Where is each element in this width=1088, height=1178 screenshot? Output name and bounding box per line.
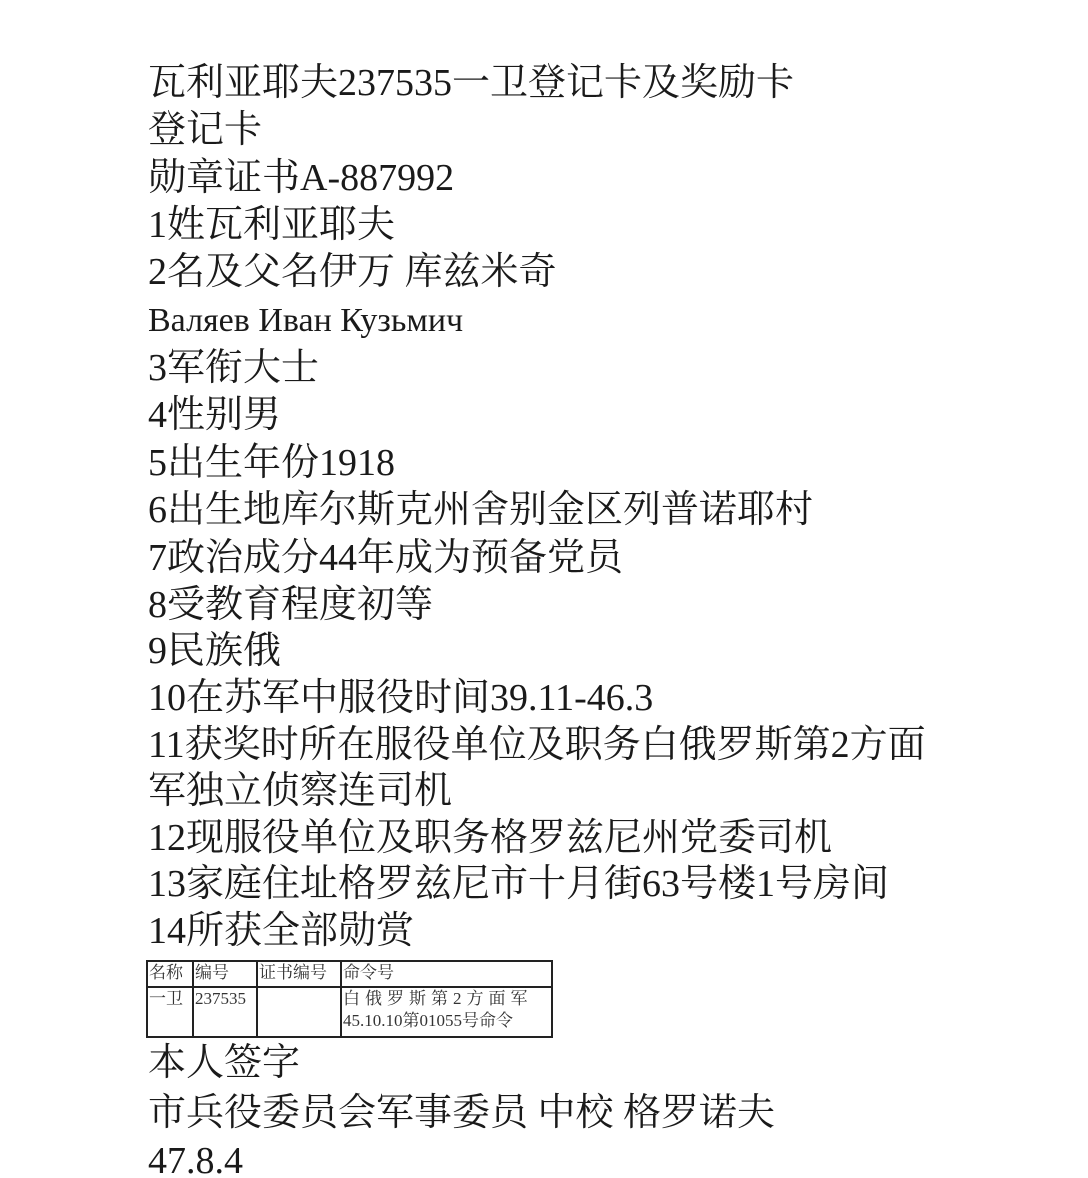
cell-order: 白俄罗斯第2方面军 45.10.10第01055号命令 [341, 987, 552, 1037]
field-service-period: 10在苏军中服役时间39.11-46.3 [148, 675, 653, 721]
awards-table: 名称 编号 证书编号 命令号 一卫 237535 白俄罗斯第2方面军 45.10… [146, 960, 553, 1038]
field-sex: 4性别男 [148, 392, 281, 438]
field-name-patronymic: 2名及父名伊万 库兹米奇 [148, 249, 557, 295]
field-party: 7政治成分44年成为预备党员 [148, 535, 623, 581]
field-birthplace: 6出生地库尔斯克州舍别金区列普诺耶村 [148, 487, 813, 533]
field-birth-year: 5出生年份1918 [148, 440, 395, 486]
cell-name: 一卫 [147, 987, 193, 1037]
field-awards-label: 14所获全部勋赏 [148, 908, 414, 954]
cell-number: 237535 [193, 987, 257, 1037]
field-current-unit: 12现服役单位及职务格罗兹尼州党委司机 [148, 815, 832, 861]
date-line: 47.8.4 [148, 1138, 243, 1178]
field-education: 8受教育程度初等 [148, 582, 433, 628]
order-line-2: 45.10.10第01055号命令 [343, 1010, 550, 1032]
order-line-1: 白俄罗斯第2方面军 [343, 988, 550, 1010]
certificate-number: 勋章证书A-887992 [148, 155, 454, 201]
table-row: 一卫 237535 白俄罗斯第2方面军 45.10.10第01055号命令 [147, 987, 552, 1037]
cell-certificate-number [257, 987, 341, 1037]
header-number: 编号 [193, 961, 257, 987]
document-title: 瓦利亚耶夫237535一卫登记卡及奖励卡 [148, 60, 794, 106]
field-name-russian: Валяев Иван Кузьмич [148, 298, 463, 344]
document-subtitle: 登记卡 [148, 107, 262, 153]
field-unit-at-award: 11获奖时所在服役单位及职务白俄罗斯第2方面 [148, 722, 926, 768]
field-ethnicity: 9民族俄 [148, 628, 281, 674]
awards-table-header: 名称 编号 证书编号 命令号 [147, 961, 552, 987]
field-rank: 3军衔大士 [148, 345, 319, 391]
field-surname: 1姓瓦利亚耶夫 [148, 202, 395, 248]
signature-label: 本人签字 [148, 1040, 300, 1086]
field-address: 13家庭住址格罗兹尼市十月街63号楼1号房间 [148, 861, 889, 907]
header-name: 名称 [147, 961, 193, 987]
header-order-number: 命令号 [341, 961, 552, 987]
commissioner-line: 市兵役委员会军事委员 中校 格罗诺夫 [148, 1090, 775, 1136]
header-certificate-number: 证书编号 [257, 961, 341, 987]
field-unit-at-award-cont: 军独立侦察连司机 [148, 768, 452, 814]
